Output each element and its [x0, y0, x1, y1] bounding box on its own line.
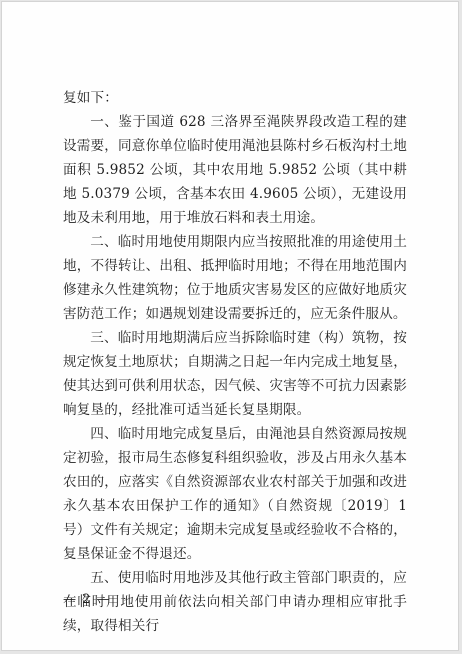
document-body: 复如下： 一、鉴于国道 628 三洛界至渑陕界段改造工程的建设需要，同意你单位临… — [63, 86, 407, 638]
paragraph-item-2: 二、临时用地使用期限内应当按照批准的用途使用土地，不得转让、出租、抵押临时用地；… — [63, 230, 407, 326]
page-number: — 2 — — [63, 592, 111, 607]
paragraph-item-4: 四、临时用地完成复垦后，由渑池县自然资源局按规定初验，报市局生态修复科组织验收，… — [63, 422, 407, 566]
paragraph-item-5: 五、使用临时用地涉及其他行政主管部门职责的，应在临时用地使用前依法向相关部门申请… — [63, 566, 407, 638]
paragraph-item-3: 三、临时用地期满后应当拆除临时建（构）筑物，按规定恢复土地原状；自期满之日起一年… — [63, 326, 407, 422]
paragraph-item-1: 一、鉴于国道 628 三洛界至渑陕界段改造工程的建设需要，同意你单位临时使用渑池… — [63, 110, 407, 230]
document-page: 复如下： 一、鉴于国道 628 三洛界至渑陕界段改造工程的建设需要，同意你单位临… — [1, 1, 459, 651]
opening-line: 复如下： — [63, 86, 407, 110]
